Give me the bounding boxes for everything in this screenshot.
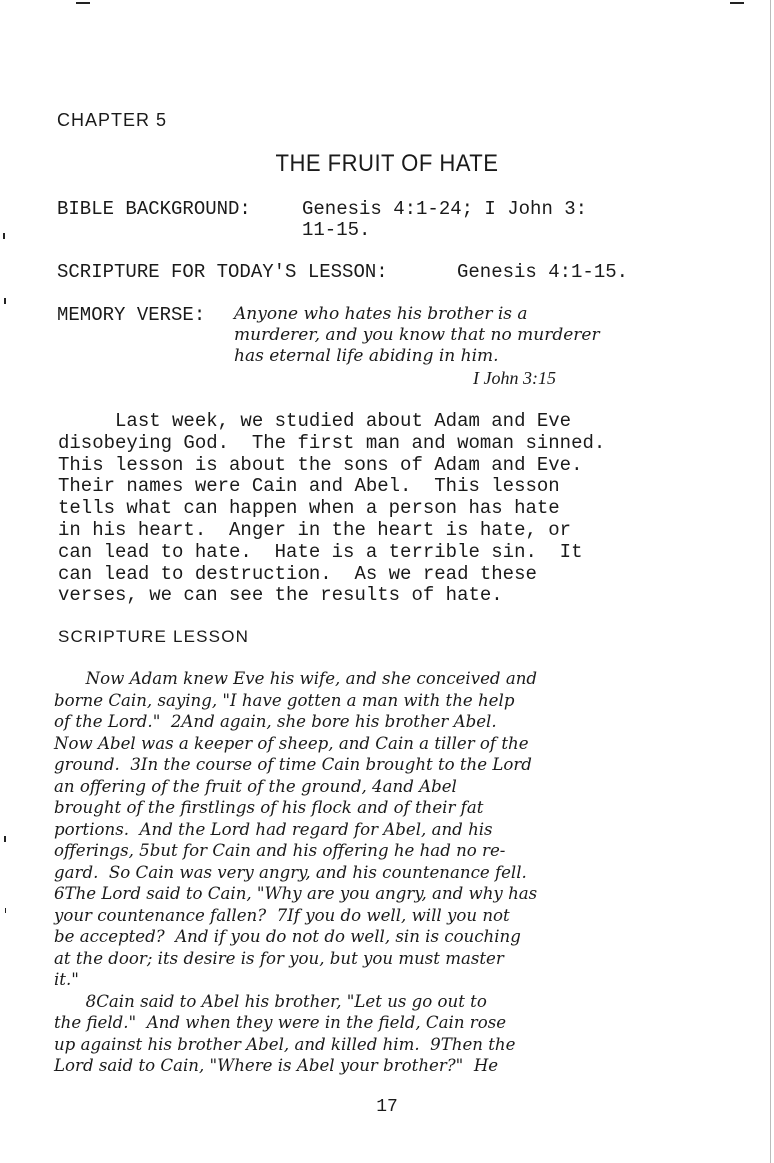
- intro-line: Their names were Cain and Abel. This les…: [58, 476, 605, 498]
- scripture-line: of the Lord." 2And again, she bore his b…: [54, 711, 537, 733]
- scan-mark-top-right: [730, 2, 744, 4]
- scripture-line: it.": [54, 969, 537, 991]
- intro-line: This lesson is about the sons of Adam an…: [58, 455, 605, 477]
- bible-background-label: BIBLE BACKGROUND:: [57, 198, 251, 220]
- intro-line: can lead to destruction. As we read thes…: [58, 564, 605, 586]
- scan-mark-left-2: [4, 298, 6, 304]
- scripture-for-today-label: SCRIPTURE FOR TODAY'S LESSON:: [57, 261, 388, 283]
- scan-mark-left-1: [3, 233, 5, 239]
- scripture-lesson-text: Now Adam knew Eve his wife, and she conc…: [54, 668, 537, 1077]
- intro-line: can lead to hate. Hate is a terrible sin…: [58, 542, 605, 564]
- intro-line: Last week, we studied about Adam and Eve: [58, 411, 605, 433]
- memory-verse-label: MEMORY VERSE:: [57, 304, 205, 326]
- scripture-line: gard. So Cain was very angry, and his co…: [54, 862, 537, 884]
- memory-verse-reference: I John 3:15: [473, 368, 556, 389]
- scripture-line: your countenance fallen? 7If you do well…: [54, 905, 537, 927]
- scripture-line: Now Adam knew Eve his wife, and she conc…: [54, 668, 537, 690]
- intro-line: tells what can happen when a person has …: [58, 498, 605, 520]
- scripture-line: borne Cain, saying, "I have gotten a man…: [54, 690, 537, 712]
- scripture-line: be accepted? And if you do not do well, …: [54, 926, 537, 948]
- scan-mark-top-left: [76, 2, 90, 4]
- scripture-line: 8Cain said to Abel his brother, "Let us …: [54, 991, 537, 1013]
- scripture-line: up against his brother Abel, and killed …: [54, 1034, 537, 1056]
- scripture-line: offerings, 5but for Cain and his offerin…: [54, 840, 537, 862]
- memory-verse-line-1: Anyone who hates his brother is a: [234, 304, 528, 324]
- scan-mark-left-3: [4, 836, 6, 842]
- scripture-line: portions. And the Lord had regard for Ab…: [54, 819, 537, 841]
- intro-line: verses, we can see the results of hate.: [58, 585, 605, 607]
- page-number: 17: [0, 1097, 774, 1117]
- scripture-line: brought of the firstlings of his flock a…: [54, 797, 537, 819]
- scripture-line: Now Abel was a keeper of sheep, and Cain…: [54, 733, 537, 755]
- scripture-line: the field." And when they were in the fi…: [54, 1012, 537, 1034]
- bible-background-value-line-2: 11-15.: [302, 219, 370, 241]
- memory-verse-line-2: murderer, and you know that no murderer: [234, 325, 600, 345]
- scripture-for-today-value: Genesis 4:1-15.: [457, 261, 628, 283]
- intro-paragraph: Last week, we studied about Adam and Eve…: [58, 411, 605, 607]
- scripture-line: 6The Lord said to Cain, "Why are you ang…: [54, 883, 537, 905]
- scripture-lesson-heading: SCRIPTURE LESSON: [58, 627, 249, 647]
- scripture-line: Lord said to Cain, "Where is Abel your b…: [54, 1055, 537, 1077]
- chapter-label: CHAPTER 5: [57, 110, 167, 131]
- intro-line: in his heart. Anger in the heart is hate…: [58, 520, 605, 542]
- memory-verse-line-3: has eternal life abiding in him.: [234, 346, 499, 366]
- lesson-title: THE FRUIT OF HATE: [31, 150, 743, 178]
- scripture-line: an offering of the fruit of the ground, …: [54, 776, 537, 798]
- scan-mark-left-4: [5, 908, 6, 913]
- intro-line: disobeying God. The first man and woman …: [58, 433, 605, 455]
- scripture-line: ground. 3In the course of time Cain brou…: [54, 754, 537, 776]
- scripture-line: at the door; its desire is for you, but …: [54, 948, 537, 970]
- scan-mark-right-edge: [770, 0, 771, 1163]
- bible-background-value-line-1: Genesis 4:1-24; I John 3:: [302, 198, 587, 220]
